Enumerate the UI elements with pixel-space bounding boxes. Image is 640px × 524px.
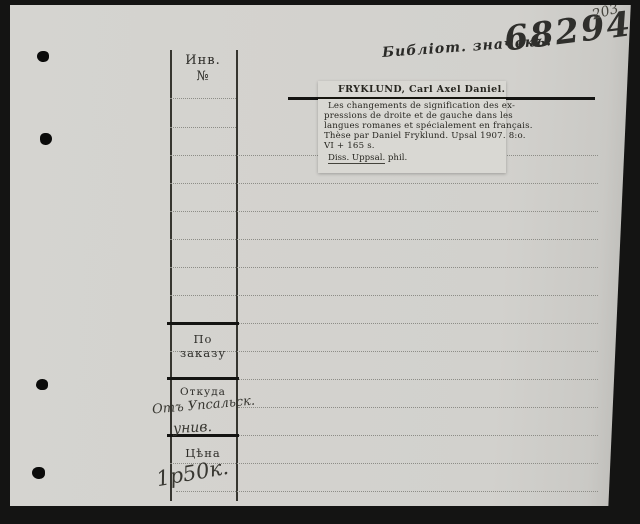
ruled-line [170, 239, 598, 240]
inventory-label: Инв. № [170, 53, 236, 85]
ruled-line [170, 127, 236, 128]
ruled-line [170, 183, 598, 184]
origin-value-handwritten: Отъ Упсальск. [152, 394, 256, 418]
section-rule [167, 377, 239, 380]
bibliographic-slip: FRYKLUND, Carl Axel Daniel. Les changeme… [318, 81, 506, 173]
order-label: По заказу [170, 332, 236, 360]
inventory-label-line1: Инв. [170, 53, 236, 69]
slip-author-heading: FRYKLUND, Carl Axel Daniel. [318, 81, 506, 96]
ruled-line [170, 98, 236, 99]
ruled-line [170, 295, 598, 296]
slip-body-line: langues romanes et spécialement en franç… [324, 121, 501, 131]
punch-hole [36, 379, 48, 390]
slip-heading-rule [318, 97, 506, 99]
punch-hole [32, 467, 45, 479]
slip-note-underlined: Diss. Uppsal. [328, 153, 385, 164]
punch-hole [40, 133, 52, 145]
slip-body-line: Les changements de signification des ex- [324, 101, 501, 111]
inventory-label-line2: № [170, 69, 236, 85]
slip-dissertation-note: Diss. Uppsal. phil. [318, 151, 506, 163]
section-rule [167, 322, 239, 325]
ruled-line [170, 463, 598, 464]
slip-body-line: pressions de droite et de gauche dans le… [324, 111, 501, 121]
slip-body-line: Thèse par Daniel Fryklund. Upsal 1907. 8… [324, 131, 501, 141]
ruled-line [170, 267, 598, 268]
ruled-line [238, 435, 598, 436]
slip-body-line: VI + 165 s. [324, 141, 501, 151]
ruled-line [238, 407, 598, 408]
ruled-line [176, 491, 598, 492]
origin-value-handwritten: унив. [173, 419, 213, 437]
slip-note-rest: phil. [385, 153, 407, 163]
slip-body: Les changements de signification des ex-… [318, 101, 506, 151]
ruled-line [238, 323, 598, 324]
catalog-card: Библіот. значекъ: 68294. 203 Инв. № FRYK… [10, 5, 632, 506]
ruled-line [238, 379, 598, 380]
price-value-handwritten: 1р50к. [154, 455, 230, 491]
punch-hole [37, 51, 49, 62]
ruled-line [170, 211, 598, 212]
